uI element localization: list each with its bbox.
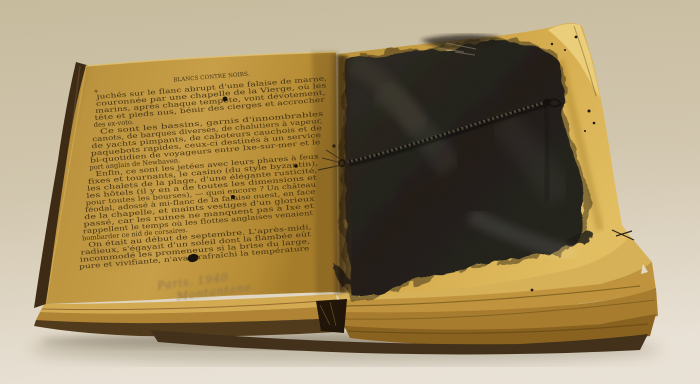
photo-canvas: BLANCS CONTRE NOIRS. * juchés sur le fla… — [0, 0, 700, 384]
photo-grain — [0, 0, 700, 384]
book-photograph: BLANCS CONTRE NOIRS. * juchés sur le fla… — [0, 0, 700, 384]
